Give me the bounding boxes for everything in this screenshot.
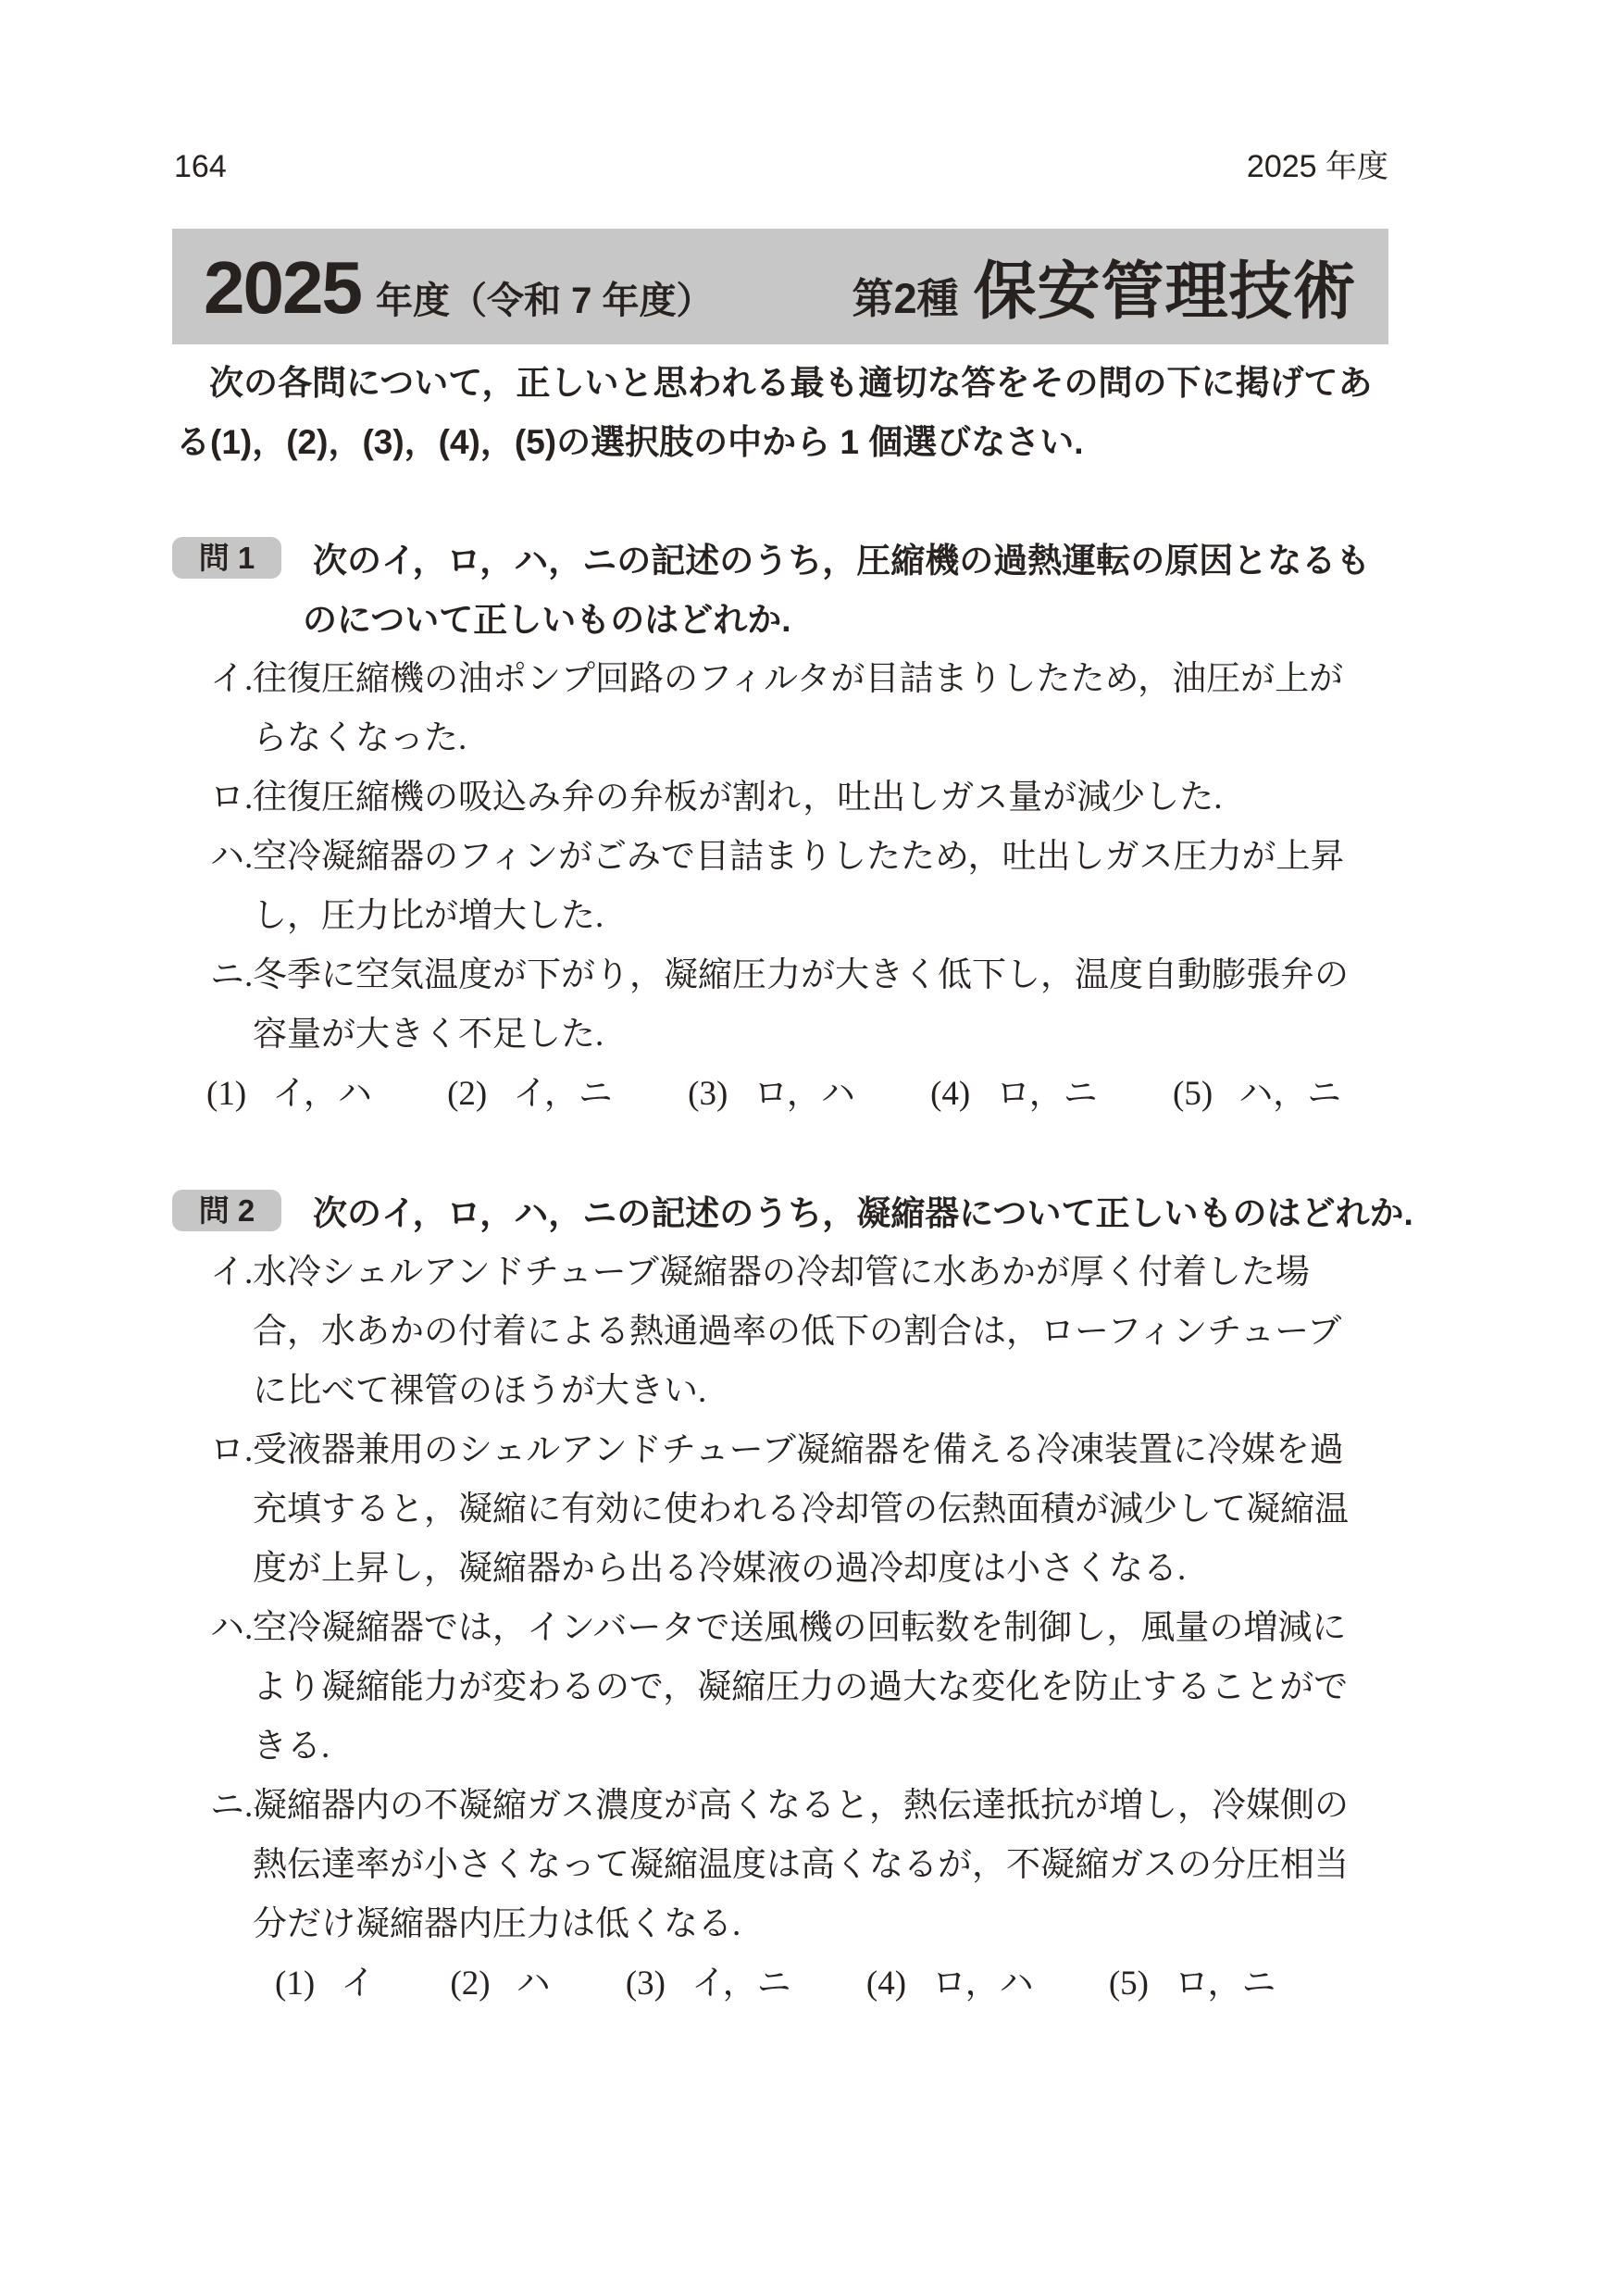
choice-number: (1) bbox=[275, 1965, 315, 2003]
choice-number: (3) bbox=[626, 1965, 666, 2003]
question-2-item-ha-line: ハ. 空冷凝縮器では，インバータで送風機の回転数を制御し，風量の増減に bbox=[172, 1599, 1561, 1658]
choice-1: (1)イ，ハ bbox=[206, 1075, 372, 1113]
intro-line-1: 次の各問について，正しいと思われる最も適切な答をその問の下に掲げてあ bbox=[176, 354, 1564, 413]
question-2-item-i-line: イ. 水冷シェルアンドチューブ凝縮器の冷却管に水あかが厚く付着した場 bbox=[172, 1243, 1561, 1303]
choice-1: (1)イ bbox=[275, 1965, 375, 2003]
choice-5: (5)ハ，ニ bbox=[1173, 1075, 1341, 1113]
choice-2: (2)イ，ニ bbox=[447, 1075, 613, 1113]
question-1-label: 問 1 bbox=[172, 537, 281, 579]
choice-text: ロ，ハ bbox=[932, 1965, 1034, 2003]
question-2-section: 問 2 次のイ，ロ，ハ，ニの記述のうち，凝縮器について正しいものはどれか. イ.… bbox=[172, 1184, 1561, 2014]
item-text: 水冷シェルアンドチューブ凝縮器の冷却管に水あかが厚く付着した場 bbox=[253, 1254, 1310, 1291]
question-1-choices-row: (1)イ，ハ (2)イ，ニ (3)ロ，ハ (4)ロ，ニ (5)ハ，ニ bbox=[172, 1065, 1561, 1124]
choice-4: (4)ロ，ハ bbox=[866, 1965, 1034, 2003]
intro-paragraph: 次の各問について，正しいと思われる最も適切な答をその問の下に掲げてあ る(1)，… bbox=[176, 354, 1564, 472]
item-text: 冬季に空気温度が下がり，凝縮圧力が大きく低下し，温度自動膨張弁の bbox=[253, 956, 1349, 994]
item-text: 容量が大きく不足した. bbox=[253, 1016, 604, 1054]
item-text: に比べて裸管のほうが大きい. bbox=[253, 1372, 706, 1410]
question-2-item-ni-line: 熱伝達率が小さくなって凝縮温度は高くなるが，不凝縮ガスの分圧相当 bbox=[172, 1836, 1561, 1895]
item-text: 空冷凝縮器では，インバータで送風機の回転数を制御し，風量の増減に bbox=[253, 1609, 1346, 1647]
question-2-item-ni-line: 分だけ凝縮器内圧力は低くなる. bbox=[172, 1895, 1561, 1954]
choice-number: (5) bbox=[1173, 1075, 1213, 1113]
question-1-item-ha-line: ハ. 空冷凝縮器のフィンがごみで目詰まりしたため，吐出しガス圧力が上昇 bbox=[172, 828, 1561, 887]
choice-number: (2) bbox=[450, 1965, 490, 2003]
choice-text: ロ，ニ bbox=[996, 1075, 1098, 1113]
item-text: 凝縮器内の不凝縮ガス濃度が高くなると，熱伝達抵抗が増し，冷媒側の bbox=[253, 1787, 1349, 1825]
choice-text: イ，ハ bbox=[272, 1075, 372, 1113]
question-1-statement-line: のについて正しいものはどれか. bbox=[172, 591, 1561, 650]
item-text: 合，水あかの付着による熱通過率の低下の割合は，ローフィンチューブ bbox=[253, 1313, 1341, 1351]
question-1-item-ro-line: ロ. 往復圧縮機の吸込み弁の弁板が割れ，吐出しガス量が減少した. bbox=[172, 768, 1561, 828]
question-2-item-i-line: に比べて裸管のほうが大きい. bbox=[172, 1362, 1561, 1421]
question-1-statement-line: 次のイ，ロ，ハ，ニの記述のうち，圧縮機の過熱運転の原因となるも bbox=[172, 531, 1561, 591]
question-1-section: 問 1 次のイ，ロ，ハ，ニの記述のうち，圧縮機の過熱運転の原因となるも のについ… bbox=[172, 531, 1561, 1124]
banner-subject-title: 保安管理技術 bbox=[973, 242, 1356, 331]
item-marker: ハ. bbox=[210, 1599, 253, 1658]
choice-number: (3) bbox=[688, 1075, 728, 1113]
item-text: きる. bbox=[253, 1728, 330, 1766]
question-2-item-ro-line: 度が上昇し，凝縮器から出る冷媒液の過冷却度は小さくなる. bbox=[172, 1540, 1561, 1599]
edition-label: 2025 年度 bbox=[1247, 148, 1388, 185]
item-text: 熱伝達率が小さくなって凝縮温度は高くなるが，不凝縮ガスの分圧相当 bbox=[253, 1846, 1349, 1884]
question-2-item-ha-line: より凝縮能力が変わるので，凝縮圧力の過大な変化を防止することがで bbox=[172, 1658, 1561, 1717]
item-text: し，圧力比が増大した. bbox=[253, 897, 604, 935]
question-1-item-i-line: らなくなった. bbox=[172, 709, 1561, 768]
item-marker: イ. bbox=[210, 1243, 253, 1303]
choice-number: (1) bbox=[206, 1075, 246, 1113]
choice-3: (3)ロ，ハ bbox=[688, 1075, 855, 1113]
choice-number: (4) bbox=[866, 1965, 906, 2003]
question-1-item-i-line: イ. 往復圧縮機の油ポンプ回路のフィルタが目詰まりしたため，油圧が上が bbox=[172, 650, 1561, 709]
banner-year: 2025 bbox=[204, 245, 361, 331]
question-2-item-ro-line: 充填すると，凝縮に有効に使われる冷却管の伝熱面積が減少して凝縮温 bbox=[172, 1480, 1561, 1540]
item-marker: ハ. bbox=[210, 828, 253, 887]
running-head: 164 2025 年度 bbox=[174, 148, 1388, 185]
item-text: より凝縮能力が変わるので，凝縮圧力の過大な変化を防止することがで bbox=[253, 1668, 1348, 1706]
item-text: 空冷凝縮器のフィンがごみで目詰まりしたため，吐出しガス圧力が上昇 bbox=[253, 838, 1345, 876]
item-marker: ニ. bbox=[210, 946, 253, 1005]
question-1-item-ni-line: 容量が大きく不足した. bbox=[172, 1005, 1561, 1065]
choice-text: ハ，ニ bbox=[1238, 1075, 1341, 1113]
choice-2: (2)ハ bbox=[450, 1965, 550, 2003]
page-number: 164 bbox=[174, 148, 227, 185]
item-marker: ロ. bbox=[210, 1421, 253, 1480]
choice-text: イ，ニ bbox=[691, 1965, 791, 2003]
choice-text: イ bbox=[341, 1965, 375, 2003]
question-2-item-ro-line: ロ. 受液器兼用のシェルアンドチューブ凝縮器を備える冷凍装置に冷媒を過 bbox=[172, 1421, 1561, 1480]
item-marker: ロ. bbox=[210, 768, 253, 828]
question-2-item-ni-line: ニ. 凝縮器内の不凝縮ガス濃度が高くなると，熱伝達抵抗が増し，冷媒側の bbox=[172, 1777, 1561, 1836]
banner-era-label: 年度（令和 7 年度） bbox=[376, 271, 713, 324]
title-banner-content: 2025 年度（令和 7 年度） 第2種 保安管理技術 bbox=[172, 242, 1357, 331]
choice-3: (3)イ，ニ bbox=[626, 1965, 791, 2003]
question-2-statement-line: 次のイ，ロ，ハ，ニの記述のうち，凝縮器について正しいものはどれか. bbox=[172, 1184, 1561, 1243]
choice-text: ロ，ハ bbox=[753, 1075, 855, 1113]
choice-text: ハ bbox=[517, 1965, 551, 2003]
question-1-item-ni-line: ニ. 冬季に空気温度が下がり，凝縮圧力が大きく低下し，温度自動膨張弁の bbox=[172, 946, 1561, 1005]
item-text: 度が上昇し，凝縮器から出る冷媒液の過冷却度は小さくなる. bbox=[253, 1550, 1186, 1588]
document-page: 164 2025 年度 2025 年度（令和 7 年度） 第2種 保安管理技術 … bbox=[0, 0, 1618, 2296]
question-2-label: 問 2 bbox=[172, 1190, 281, 1231]
question-2-item-ha-line: きる. bbox=[172, 1717, 1561, 1777]
choice-text: イ，ニ bbox=[513, 1075, 613, 1113]
item-text: 往復圧縮機の吸込み弁の弁板が割れ，吐出しガス量が減少した. bbox=[253, 779, 1222, 817]
choice-number: (5) bbox=[1109, 1965, 1149, 2003]
item-marker: ニ. bbox=[210, 1777, 253, 1836]
question-2-choices-row: (1)イ (2)ハ (3)イ，ニ (4)ロ，ハ (5)ロ，ニ bbox=[172, 1954, 1561, 2014]
choice-number: (2) bbox=[447, 1075, 487, 1113]
title-banner: 2025 年度（令和 7 年度） 第2種 保安管理技術 bbox=[172, 229, 1388, 344]
item-marker: イ. bbox=[210, 650, 253, 709]
question-2-item-i-line: 合，水あかの付着による熱通過率の低下の割合は，ローフィンチューブ bbox=[172, 1303, 1561, 1362]
item-text: 往復圧縮機の油ポンプ回路のフィルタが目詰まりしたため，油圧が上が bbox=[253, 660, 1343, 698]
item-text: 充填すると，凝縮に有効に使われる冷却管の伝熱面積が減少して凝縮温 bbox=[253, 1491, 1349, 1529]
intro-line-2: る(1)，(2)，(3)，(4)，(5)の選択肢の中から 1 個選びなさい. bbox=[176, 413, 1564, 472]
choice-number: (4) bbox=[930, 1075, 970, 1113]
item-text: らなくなった. bbox=[253, 719, 467, 757]
choice-4: (4)ロ，ニ bbox=[930, 1075, 1098, 1113]
item-text: 受液器兼用のシェルアンドチューブ凝縮器を備える冷凍装置に冷媒を過 bbox=[253, 1431, 1344, 1469]
question-1-item-ha-line: し，圧力比が増大した. bbox=[172, 887, 1561, 946]
choice-text: ロ，ニ bbox=[1175, 1965, 1276, 2003]
choice-5: (5)ロ，ニ bbox=[1109, 1965, 1276, 2003]
item-text: 分だけ凝縮器内圧力は低くなる. bbox=[253, 1905, 741, 1943]
banner-grade-label: 第2種 bbox=[852, 265, 958, 325]
